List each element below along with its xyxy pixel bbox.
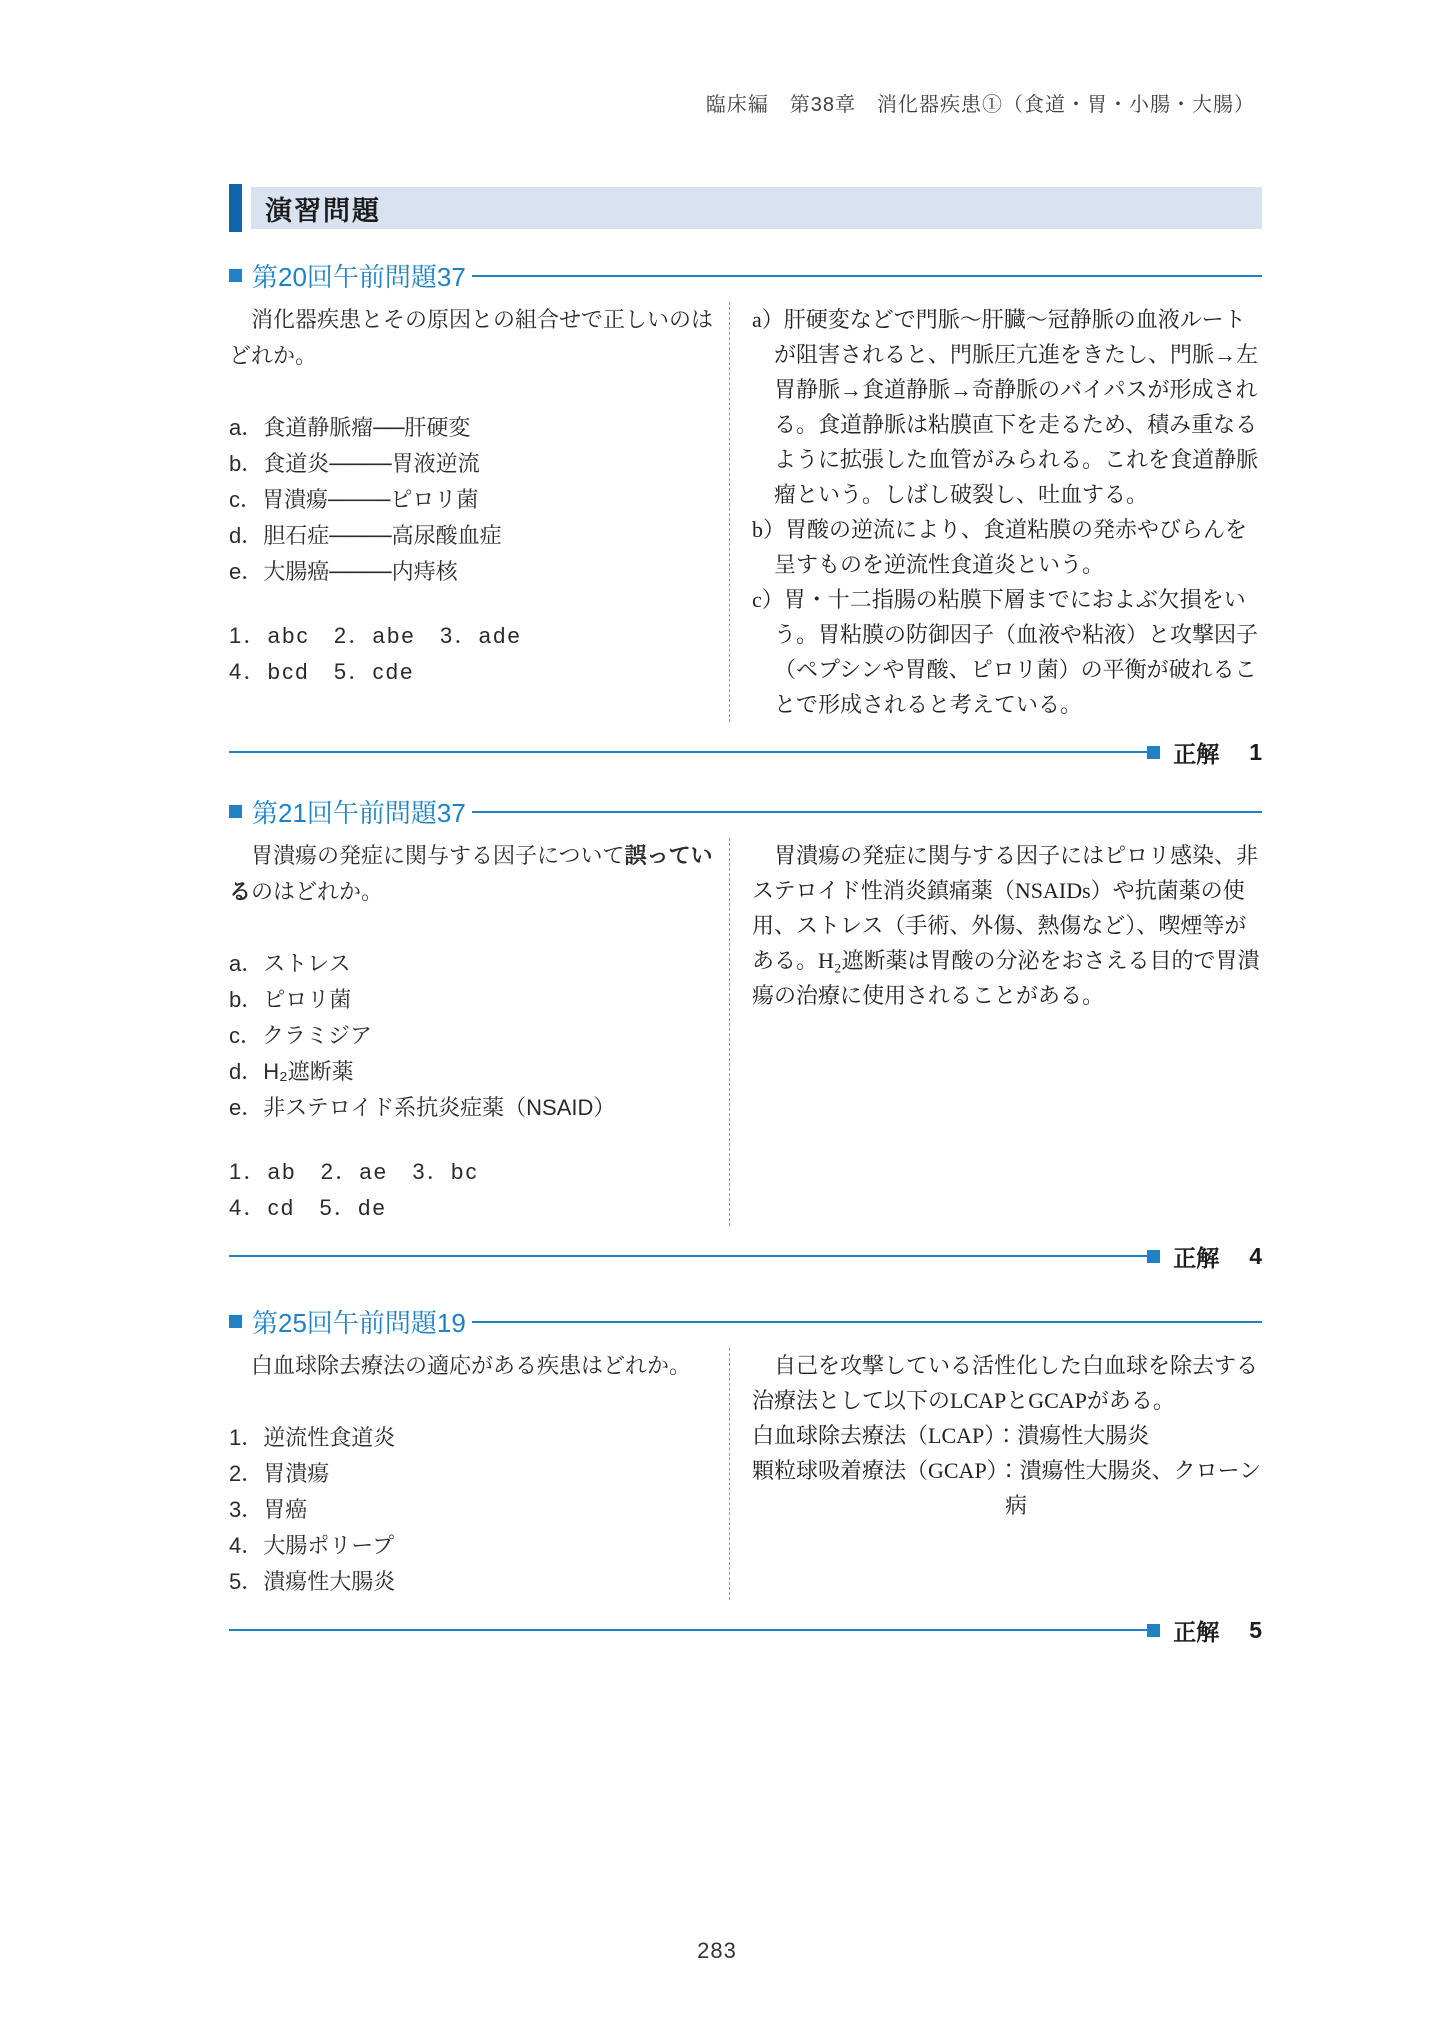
blue-square-icon <box>229 1315 242 1328</box>
option-item: 4．大腸ポリープ <box>229 1528 715 1564</box>
question-title: 第20回午前問題37 <box>252 257 466 294</box>
question-title: 第21回午前問題37 <box>252 793 466 830</box>
option-item: e．大腸癌────内痔核 <box>229 554 715 590</box>
blue-square-icon <box>1147 1624 1160 1637</box>
answer-label: 正解 <box>1173 736 1219 769</box>
question-column: 消化器疾患とその原因との組合せで正しいのはどれか。 a．食道静脈瘤──肝硬変 b… <box>229 302 729 722</box>
answer-row: 正解 1 <box>229 738 1262 766</box>
option-item: c．クラミジア <box>229 1018 715 1054</box>
option-item: 2．胃潰瘍 <box>229 1456 715 1492</box>
explanation-column: a）肝硬変などで門脈〜肝臓〜冠静脈の血液ルートが阻害されると、門脈圧亢進をきたし… <box>730 302 1262 722</box>
blue-square-icon <box>229 269 242 282</box>
question-heading: 第21回午前問題37 <box>229 790 1262 832</box>
answer-row: 正解 5 <box>229 1616 1262 1644</box>
answer-rule <box>229 751 1147 753</box>
explanation-item: 顆粒球吸着療法（GCAP）：潰瘍性大腸炎、クローン病 <box>752 1453 1262 1523</box>
question-stem: 消化器疾患とその原因との組合せで正しいのはどれか。 <box>229 302 715 374</box>
option-item: 3．胃癌 <box>229 1492 715 1528</box>
option-item: c．胃潰瘍────ピロリ菌 <box>229 482 715 518</box>
question-column: 白血球除去療法の適応がある疾患はどれか。 1．逆流性食道炎 2．胃潰瘍 3．胃癌… <box>229 1348 729 1600</box>
blue-square-icon <box>229 805 242 818</box>
option-item: d．H₂遮断薬 <box>229 1054 715 1090</box>
question-stem: 白血球除去療法の適応がある疾患はどれか。 <box>229 1348 715 1384</box>
option-item: 5．潰瘍性大腸炎 <box>229 1564 715 1600</box>
question-heading: 第20回午前問題37 <box>229 254 1262 296</box>
question-stem: 胃潰瘍の発症に関与する因子について誤っているのはどれか。 <box>229 838 715 910</box>
explanation-item: 胃潰瘍の発症に関与する因子にはピロリ感染、非ステロイド性消炎鎮痛薬（NSAIDs… <box>752 838 1262 1013</box>
answer-value: 5 <box>1249 1617 1262 1644</box>
explanation-item: b）胃酸の逆流により、食道粘膜の発赤やびらんを呈すものを逆流性食道炎という。 <box>752 512 1262 582</box>
option-item: b．食道炎────胃液逆流 <box>229 446 715 482</box>
option-list: a．ストレス b．ピロリ菌 c．クラミジア d．H₂遮断薬 e．非ステロイド系抗… <box>229 946 715 1126</box>
explanation-column: 自己を攻撃している活性化した白血球を除去する治療法として以下のLCAPとGCAP… <box>730 1348 1262 1600</box>
question-block-3: 第25回午前問題19 白血球除去療法の適応がある疾患はどれか。 1．逆流性食道炎… <box>229 1300 1262 1644</box>
option-item: 1．逆流性食道炎 <box>229 1420 715 1456</box>
choice-row: 1．ab 2．ae 3．bc <box>229 1154 715 1190</box>
option-item: a．食道静脈瘤──肝硬変 <box>229 410 715 446</box>
section-header: 演習問題 <box>229 184 1262 232</box>
section-header-background: 演習問題 <box>251 187 1262 229</box>
answer-rule <box>229 1255 1147 1257</box>
answer-value: 1 <box>1249 739 1262 766</box>
heading-rule <box>472 1321 1262 1323</box>
choice-rows: 1．ab 2．ae 3．bc 4．cd 5．de <box>229 1154 715 1226</box>
answer-value: 4 <box>1249 1243 1262 1270</box>
choice-row: 4．bcd 5．cde <box>229 654 715 690</box>
explanation-item: a）肝硬変などで門脈〜肝臓〜冠静脈の血液ルートが阻害されると、門脈圧亢進をきたし… <box>752 302 1262 512</box>
explanation-column: 胃潰瘍の発症に関与する因子にはピロリ感染、非ステロイド性消炎鎮痛薬（NSAIDs… <box>730 838 1262 1226</box>
blue-square-icon <box>1147 1250 1160 1263</box>
option-list: 1．逆流性食道炎 2．胃潰瘍 3．胃癌 4．大腸ポリープ 5．潰瘍性大腸炎 <box>229 1420 715 1600</box>
explanation-item: 自己を攻撃している活性化した白血球を除去する治療法として以下のLCAPとGCAP… <box>752 1348 1262 1418</box>
option-item: e．非ステロイド系抗炎症薬（NSAID） <box>229 1090 715 1126</box>
question-block-2: 第21回午前問題37 胃潰瘍の発症に関与する因子について誤っているのはどれか。 … <box>229 790 1262 1270</box>
answer-row: 正解 4 <box>229 1242 1262 1270</box>
blue-square-icon <box>1147 746 1160 759</box>
explanation-item: 白血球除去療法（LCAP）：潰瘍性大腸炎 <box>752 1418 1262 1453</box>
heading-rule <box>472 811 1262 813</box>
section-title: 演習問題 <box>265 189 381 228</box>
answer-label: 正解 <box>1173 1614 1219 1647</box>
option-item: b．ピロリ菌 <box>229 982 715 1018</box>
choice-row: 1．abc 2．abe 3．ade <box>229 618 715 654</box>
page-number: 283 <box>0 1938 1434 1964</box>
choice-row: 4．cd 5．de <box>229 1190 715 1226</box>
question-block-1: 第20回午前問題37 消化器疾患とその原因との組合せで正しいのはどれか。 a．食… <box>229 254 1262 766</box>
option-item: d．胆石症────高尿酸血症 <box>229 518 715 554</box>
option-list: a．食道静脈瘤──肝硬変 b．食道炎────胃液逆流 c．胃潰瘍────ピロリ菌… <box>229 410 715 590</box>
explanation-item: c）胃・十二指腸の粘膜下層までにおよぶ欠損をいう。胃粘膜の防御因子（血液や粘液）… <box>752 582 1262 722</box>
answer-rule <box>229 1629 1147 1631</box>
answer-label: 正解 <box>1173 1240 1219 1273</box>
choice-rows: 1．abc 2．abe 3．ade 4．bcd 5．cde <box>229 618 715 690</box>
section-accent-bar <box>229 184 242 232</box>
heading-rule <box>472 275 1262 277</box>
running-header: 臨床編 第38章 消化器疾患①（食道・胃・小腸・大腸） <box>706 88 1255 117</box>
option-item: a．ストレス <box>229 946 715 982</box>
question-heading: 第25回午前問題19 <box>229 1300 1262 1342</box>
question-column: 胃潰瘍の発症に関与する因子について誤っているのはどれか。 a．ストレス b．ピロ… <box>229 838 729 1226</box>
question-title: 第25回午前問題19 <box>252 1303 466 1340</box>
